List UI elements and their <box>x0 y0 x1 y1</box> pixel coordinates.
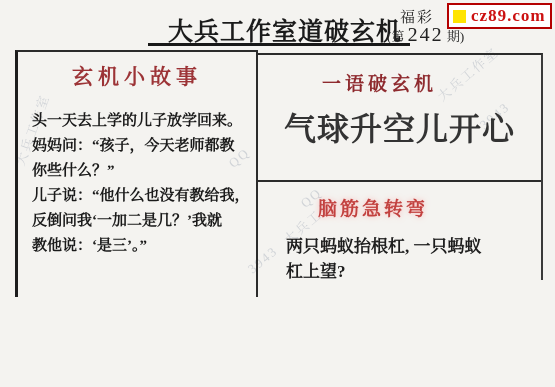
hint-phrase: 气球升空儿开心 <box>258 104 541 150</box>
brain-teaser-title: 脑筋急转弯 <box>258 182 541 221</box>
logo-text: cz89.com <box>471 6 546 26</box>
site-logo: cz89.com <box>447 3 552 29</box>
issue-number: 242 <box>408 24 444 46</box>
brain-teaser-panel: 脑筋急转弯 两只蚂蚁抬根杠, 一只蚂蚁 杠上望? <box>258 182 541 284</box>
story-panel: 玄机小故事 头一天去上学的儿子放学回来。 妈妈问：“孩子，今天老师都教 你些什么… <box>15 50 258 297</box>
issue-prefix: (第 <box>387 29 404 44</box>
brain-teaser-question: 两只蚂蚁抬根杠, 一只蚂蚁 杠上望? <box>286 234 535 284</box>
hint-panel-title: 一语破玄机 <box>258 55 541 96</box>
story-panel-title: 玄机小故事 <box>18 61 256 91</box>
right-column: 一语破玄机 气球升空儿开心 脑筋急转弯 两只蚂蚁抬根杠, 一只蚂蚁 杠上望? <box>258 53 543 280</box>
issue-suffix: 期) <box>447 29 464 44</box>
story-text: 头一天去上学的儿子放学回来。 妈妈问：“孩子，今天老师都教 你些什么？” 儿子说… <box>32 109 250 259</box>
title-underline <box>148 43 410 46</box>
hint-panel: 一语破玄机 气球升空儿开心 <box>258 55 541 182</box>
logo-square-icon <box>453 10 466 23</box>
